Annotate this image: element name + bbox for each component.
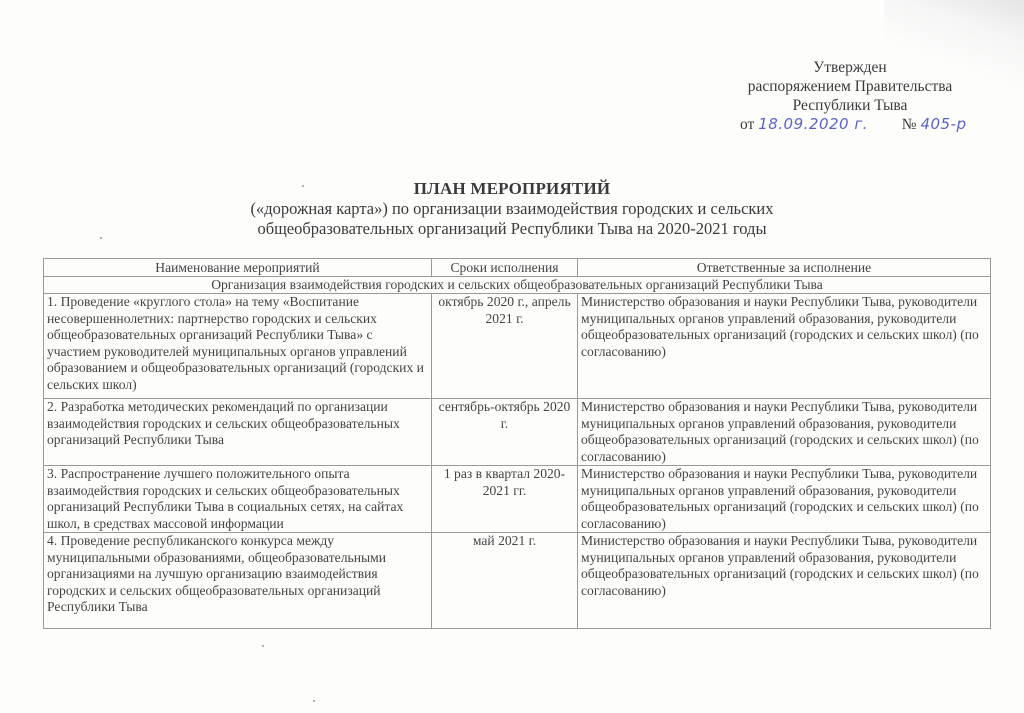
scan-speck <box>100 237 102 239</box>
approval-line-1: Утвержден <box>700 58 1000 77</box>
approval-date-number: от 18.09.2020 г. № 405-р <box>700 115 1000 134</box>
responsible-cell: Министерство образования и науки Республ… <box>578 533 991 629</box>
section-title: Организация взаимодействия городских и с… <box>44 277 991 294</box>
handwritten-date: 18.09.2020 г. <box>758 115 868 133</box>
activity-cell: 2. Разработка методических рекомендаций … <box>44 399 432 466</box>
header-deadline: Сроки исполнения <box>432 259 578 277</box>
scan-speck <box>302 185 304 187</box>
responsible-cell: Министерство образования и науки Республ… <box>578 466 991 533</box>
table-row: 2. Разработка методических рекомендаций … <box>44 399 991 466</box>
handwritten-number: 405-р <box>920 115 966 133</box>
table-row: 3. Распространение лучшего положительног… <box>44 466 991 533</box>
table-row: 1. Проведение «круглого стола» на тему «… <box>44 294 991 399</box>
date-prefix: от <box>740 116 754 133</box>
header-responsible: Ответственные за исполнение <box>578 259 991 277</box>
subtitle-line-2: общеобразовательных организаций Республи… <box>150 219 874 239</box>
responsible-cell: Министерство образования и науки Республ… <box>578 294 991 399</box>
document-title: ПЛАН МЕРОПРИЯТИЙ («дорожная карта») по о… <box>150 179 874 239</box>
approval-line-2: распоряжением Правительства <box>700 77 1000 96</box>
table-header-row: Наименование мероприятий Сроки исполнени… <box>44 259 991 277</box>
scan-speck <box>313 700 315 702</box>
activity-cell: 4. Проведение республиканского конкурса … <box>44 533 432 629</box>
responsible-cell: Министерство образования и науки Республ… <box>578 399 991 466</box>
deadline-cell: май 2021 г. <box>432 533 578 629</box>
activity-cell: 3. Распространение лучшего положительног… <box>44 466 432 533</box>
deadline-cell: октябрь 2020 г., апрель 2021 г. <box>432 294 578 399</box>
scan-speck <box>262 645 264 647</box>
header-activity: Наименование мероприятий <box>44 259 432 277</box>
approval-line-3: Республики Тыва <box>700 96 1000 115</box>
plan-table: Наименование мероприятий Сроки исполнени… <box>43 258 991 629</box>
activity-cell: 1. Проведение «круглого стола» на тему «… <box>44 294 432 399</box>
section-row: Организация взаимодействия городских и с… <box>44 277 991 294</box>
plan-heading: ПЛАН МЕРОПРИЯТИЙ <box>150 179 874 199</box>
approval-stamp: Утвержден распоряжением Правительства Ре… <box>700 58 1000 134</box>
subtitle-line-1: («дорожная карта») по организации взаимо… <box>150 199 874 219</box>
number-prefix: № <box>902 116 917 133</box>
table-row: 4. Проведение республиканского конкурса … <box>44 533 991 629</box>
deadline-cell: 1 раз в квартал 2020-2021 гг. <box>432 466 578 533</box>
deadline-cell: сентябрь-октябрь 2020 г. <box>432 399 578 466</box>
